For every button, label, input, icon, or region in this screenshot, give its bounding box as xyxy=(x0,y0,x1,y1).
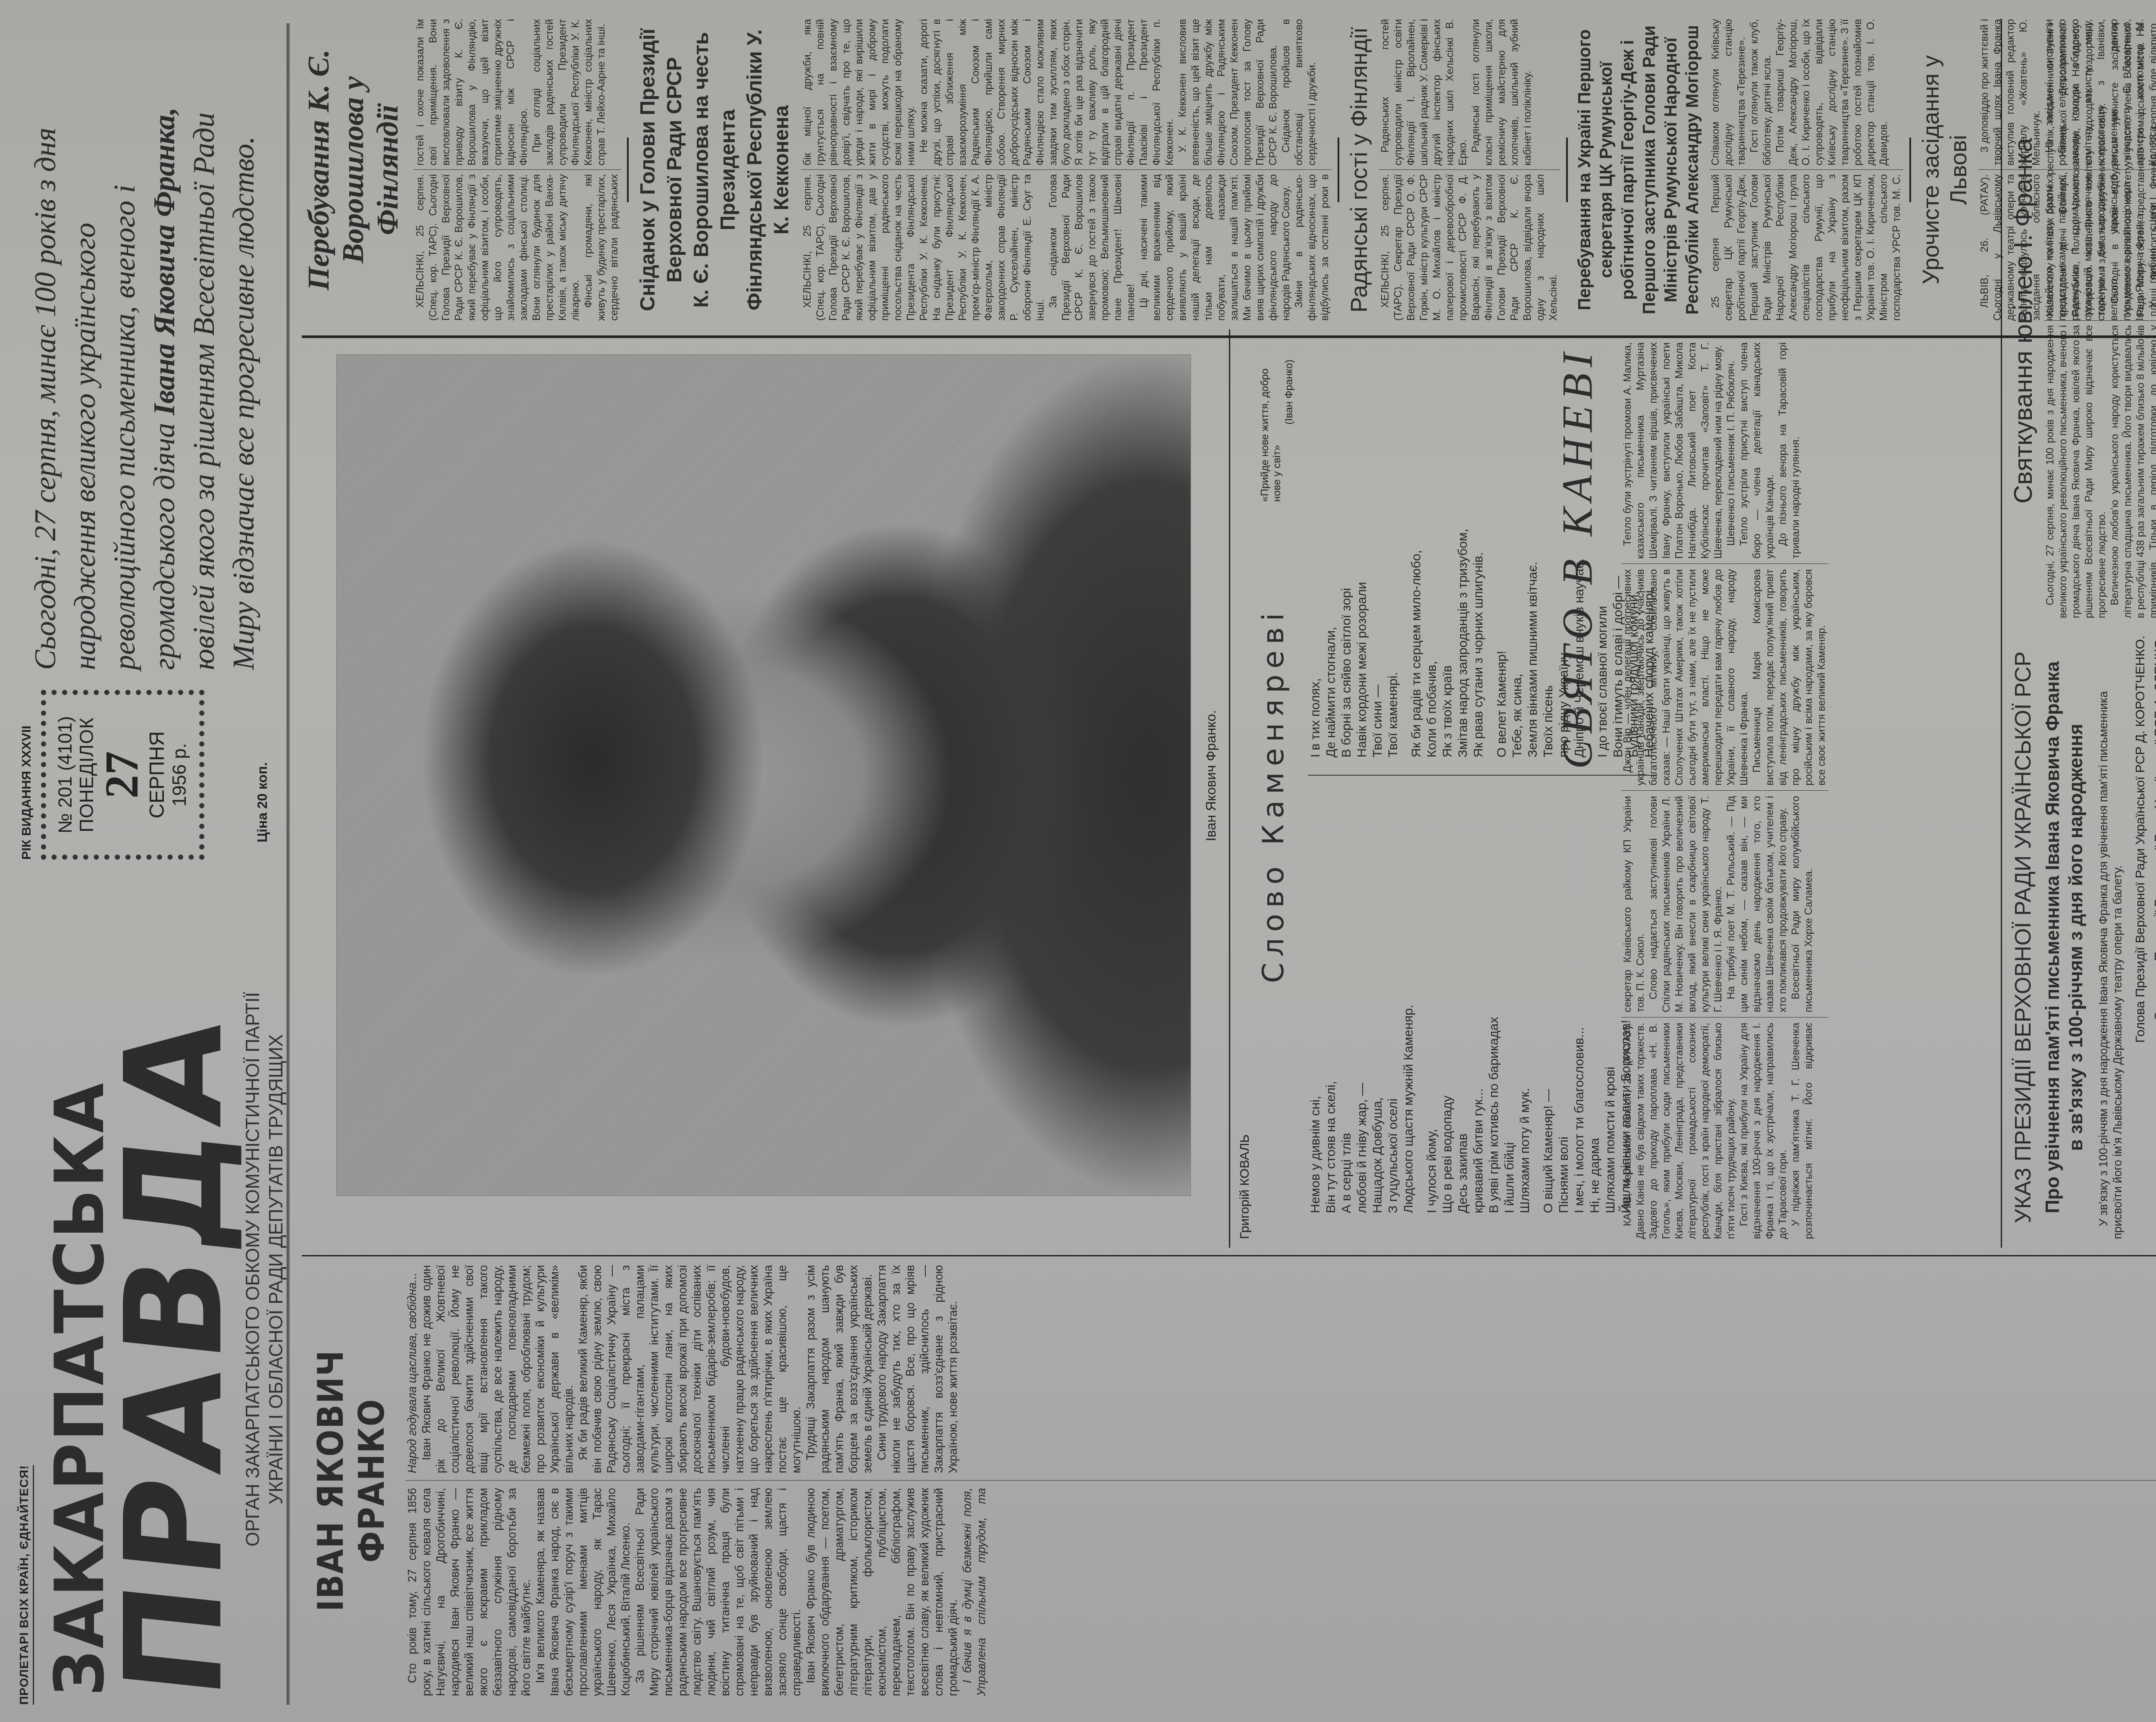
poem-epigraph: «Прийде нове життя, добро нове у світ» (… xyxy=(1259,360,1295,502)
decree-subtitle: Про увічнення пам'яті письменника Івана … xyxy=(2041,636,2088,1239)
issue-number: № 201 (4101) xyxy=(55,708,76,842)
column-divider-double xyxy=(302,335,2156,338)
breakfast-body: ХЕЛЬСІНКІ, 25 серпня. (Спец. кор. ТАРС).… xyxy=(801,19,1332,321)
stanza: Як би радів ти серцем мило-любо, Коли б … xyxy=(1409,368,1486,758)
lviv-headline: Урочисте засідання у Львові xyxy=(1917,19,1972,321)
price: Ціна 20 коп. xyxy=(254,762,270,842)
year-of-publication: РІК ВИДАННЯ XXXVII xyxy=(19,726,34,860)
stanza: І в тих полях, Де наймити стогнали, В бо… xyxy=(1308,368,1401,758)
lead-announcement: Сьогодні, 27 серпня, минає 100 років з д… xyxy=(26,49,264,670)
portrait-caption: Іван Якович Франко. xyxy=(1203,355,1219,1196)
poem-stanzas: Немов у дивнім сні, Він тут стояв на ске… xyxy=(1295,342,1657,1248)
section-rule xyxy=(627,138,629,202)
lead-name: Івана Яковича Франка, xyxy=(148,107,181,416)
decree-signatory-secretary: Секретар Президії Верховної Ради Українс… xyxy=(2150,636,2156,1239)
franko-portrait xyxy=(336,354,1191,1196)
section-rule xyxy=(1566,138,1568,202)
masthead-divider xyxy=(287,23,289,1705)
newspaper-page: ПРОЛЕТАРІ ВСІХ КРАЇН, ЄДНАЙТЕСЯ! ЗАКАРПА… xyxy=(0,0,2156,1722)
section-rule xyxy=(1338,138,1339,202)
decree-headline: УКАЗ ПРЕЗИДІЇ ВЕРХОВНОЇ РАДИ УКРАЇНСЬКОЇ… xyxy=(2009,636,2037,1239)
section-divider xyxy=(2001,19,2002,1248)
stanza: О віщий Каменяр! — Піснями волі І меч, і… xyxy=(1541,806,1634,1213)
decree: УКАЗ ПРЕЗИДІЇ ВЕРХОВНОЇ РАДИ УКРАЇНСЬКОЇ… xyxy=(2009,636,2156,1239)
stanza: Немов у дивнім сні, Він тут стояв на ске… xyxy=(1308,806,1416,1213)
breakfast-headline: Сніданок у Голови Президії Верховної Рад… xyxy=(635,19,795,321)
editorial-body: Сто років тому, 27 серпня 1856 року, в х… xyxy=(405,1265,2156,1696)
issue-day: 27 xyxy=(98,708,145,842)
decree-signatory-chairman: Голова Президії Верховної Ради Українськ… xyxy=(2131,636,2150,1239)
column-divider xyxy=(302,1255,2156,1256)
romania-headline: Перебування на Україні Першого секретаря… xyxy=(1574,19,1703,321)
jubilee-body: Сьогодні, 27 серпня, минає 100 років з д… xyxy=(2044,23,2156,618)
weekday: ПОНЕДІЛОК xyxy=(76,708,98,842)
soviet-guests-headline: Радянські гості у Фінляндії xyxy=(1345,19,1373,321)
jubilee-headline: Святкування ювілею І. Франка xyxy=(2009,23,2037,618)
masthead-title: ЗАКАРПАТСЬКА ПРАВДА xyxy=(47,877,237,1696)
voroshilov-finland-article: Перебування К. Є. Ворошилова у Фінляндії… xyxy=(302,19,2156,321)
slogan: ПРОЛЕТАРІ ВСІХ КРАЇН, ЄДНАЙТЕСЯ! xyxy=(17,1465,34,1705)
voroshilov-headline: Перебування К. Є. Ворошилова у Фінляндії xyxy=(302,19,405,321)
issue-month: СЕРПНЯ xyxy=(145,708,169,842)
kanev-headline: СВЯТО В КАНЕВІ xyxy=(1552,342,1602,773)
photo-divider xyxy=(1229,329,1230,1248)
section-rule xyxy=(1909,138,1911,202)
editorial-article: ІВАН ЯКОВИЧ ФРАНКО Сто років тому, 27 се… xyxy=(302,1265,2156,1696)
voroshilov-body: ХЕЛЬСІНКІ, 25 серпня. (Спец. кор. ТАРС).… xyxy=(414,19,621,321)
issue-year: 1956 р. xyxy=(169,708,191,842)
decree-body: У зв'язку з 100-річчям з дня народження … xyxy=(2096,636,2125,1239)
romania-body: 25 серпня Перший секретар ЦК Румунської … xyxy=(1709,19,1903,321)
title-line2: ПРАВДА xyxy=(112,870,237,1703)
organ-line: ОРГАН ЗАКАРПАТСЬКОГО ОБКОМУ КОМУНІСТИЧНО… xyxy=(241,860,288,1679)
stanza: І чулося йому, Що в реві водопаду Десь з… xyxy=(1424,806,1533,1213)
issue-box: № 201 (4101) ПОНЕДІЛОК 27 СЕРПНЯ 1956 р. xyxy=(41,690,204,860)
kanev-body: КАНІВ, Черкаської області, 26. (РАТАУ). … xyxy=(1621,342,1828,1239)
editorial-headline: ІВАН ЯКОВИЧ ФРАНКО xyxy=(310,1265,392,1696)
jubilee-article: Святкування ювілею І. Франка Сьогодні, 2… xyxy=(2009,23,2156,618)
soviet-guests-body: ХЕЛЬСІНКІ, 25 серпня. (ТАРС). Секретар П… xyxy=(1379,19,1560,321)
poem-author: Григорій КОВАЛЬ xyxy=(1238,342,1252,1239)
kanev-article: СВЯТО В КАНЕВІ xyxy=(1552,342,1602,773)
